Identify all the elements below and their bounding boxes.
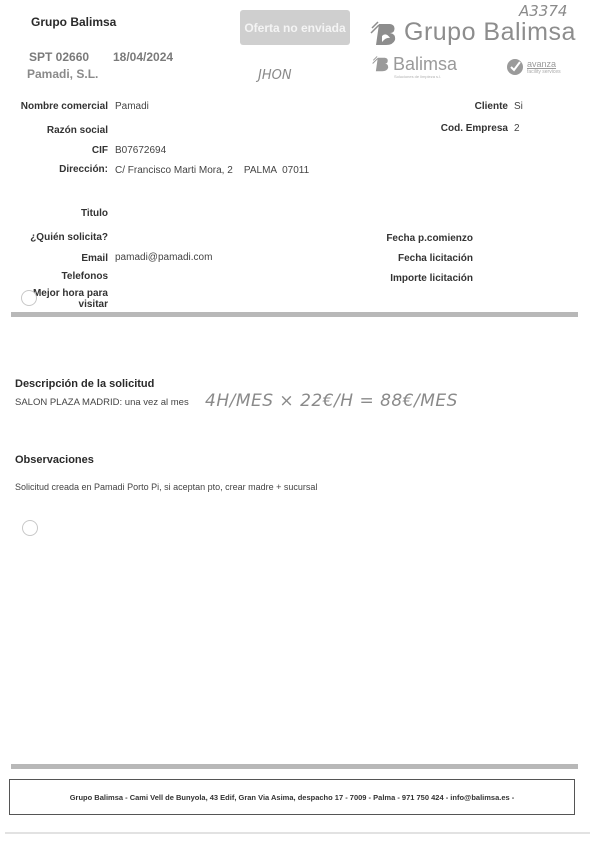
descripcion-text: SALON PLAZA MADRID: una vez al mes <box>15 397 189 408</box>
label-email: Email <box>81 253 108 264</box>
bottom-line <box>5 832 590 834</box>
label-importe-licitacion: Importe licitación <box>390 273 473 284</box>
section-divider <box>11 312 578 317</box>
label-telefonos: Telefonos <box>62 271 108 282</box>
label-cif: CIF <box>92 145 108 156</box>
label-quien-solicita: ¿Quién solicita? <box>30 232 108 243</box>
avanza-name: avanza <box>527 60 561 69</box>
value-cif: B07672694 <box>115 145 166 156</box>
avanza-logo: avanza facility services <box>506 58 561 76</box>
punch-hole-icon <box>21 290 37 306</box>
label-cliente: Cliente <box>475 101 508 112</box>
balimsa-b-small-icon <box>372 55 390 72</box>
avanza-tagline: facility services <box>527 69 561 75</box>
value-direccion: C/ Francisco Marti Mora, 2 PALMA 07011 <box>115 165 309 176</box>
label-direccion: Dirección: <box>59 164 108 175</box>
logo-sub-text: Balimsa <box>393 55 457 73</box>
grupo-balimsa-logo: Grupo Balimsa <box>370 18 576 47</box>
observaciones-title: Observaciones <box>15 454 94 466</box>
label-titulo: Titulo <box>81 208 108 219</box>
value-email: pamadi@pamadi.com <box>115 252 212 263</box>
footer-address: Grupo Balimsa - Cami Vell de Bunyola, 43… <box>9 779 575 815</box>
value-cliente: Si <box>514 101 523 112</box>
label-mejor-hora: Mejor hora para visitar <box>28 288 108 310</box>
balimsa-logo: Balimsa Soluciones de limpieza s.l. <box>372 55 457 73</box>
observaciones-text: Solicitud creada en Pamadi Porto Pi, si … <box>15 482 317 492</box>
handwritten-signature: JHON <box>258 68 292 83</box>
label-cod-empresa: Cod. Empresa <box>441 123 508 134</box>
descripcion-title: Descripción de la solicitud <box>15 378 154 390</box>
handwritten-note: 4H/MES × 22€/H = 88€/MES <box>205 391 458 411</box>
value-nombre-comercial: Pamadi <box>115 101 149 112</box>
punch-hole-icon <box>22 520 38 536</box>
label-fecha-licitacion: Fecha licitación <box>398 253 473 264</box>
avanza-check-icon <box>506 58 524 76</box>
client-name: Pamadi, S.L. <box>27 67 98 81</box>
logo-sub-tagline: Soluciones de limpieza s.l. <box>394 74 441 79</box>
label-nombre-comercial: Nombre comercial <box>21 101 108 112</box>
company-name: Grupo Balimsa <box>31 15 116 29</box>
status-badge: Oferta no enviada <box>240 10 350 45</box>
label-fecha-comienzo: Fecha p.comienzo <box>386 233 473 244</box>
offer-date: 18/04/2024 <box>113 50 173 64</box>
footer-divider <box>11 764 578 769</box>
label-razon-social: Razón social <box>47 125 108 136</box>
balimsa-b-icon <box>370 20 398 46</box>
logo-main-text: Grupo Balimsa <box>404 18 576 47</box>
value-cod-empresa: 2 <box>514 123 520 134</box>
offer-reference: SPT 02660 <box>29 50 89 64</box>
